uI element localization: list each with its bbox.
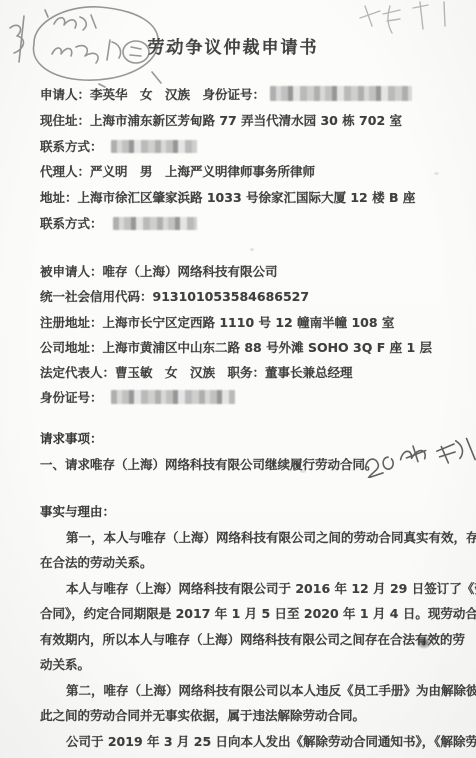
respondent-section: 被申请人：唯存（上海）网络科技有限公司 统一社会信用代码：91310105358… xyxy=(40,259,450,411)
applicant-contact-line: 联系方式： xyxy=(40,134,450,160)
ink-smudge xyxy=(416,636,432,649)
respondent-company-address-line: 公司地址：上海市黄浦区中山东二路 88 号外滩 SOHO 3Q F 座 1 层 xyxy=(40,335,450,360)
facts-line: 本人与唯存（上海）网络科技有限公司于 2016 年 12 月 29 日签订了《劳… xyxy=(40,576,450,602)
applicant-contact-label: 联系方式： xyxy=(40,139,103,154)
claims-item-1: 一、请求唯存（上海）网络科技有限公司继续履行劳动合同。 xyxy=(40,452,450,478)
redaction-mask-applicant-contact xyxy=(111,140,197,153)
document-title: 劳动争议仲裁申请书 xyxy=(0,33,466,58)
redaction-mask-applicant-id xyxy=(270,86,412,101)
facts-line: 在合法的劳动关系。 xyxy=(40,550,450,576)
respondent-id-label: 身份证号： xyxy=(40,390,103,405)
redaction-mask-agent-contact xyxy=(113,217,197,230)
respondent-name-line: 被申请人：唯存（上海）网络科技有限公司 xyxy=(40,259,450,284)
scan-speck xyxy=(250,248,254,251)
facts-line: 公司于 2019 年 3 月 25 日向本人发出《解除劳动合同通知书》，《解除劳… xyxy=(40,729,450,755)
respondent-registered-address-line: 注册地址：上海市长宁区定西路 1110 号 12 幢南半幢 108 室 xyxy=(40,310,450,335)
applicant-address-line: 现住址：上海市浦东新区芳甸路 77 弄当代清水园 30 栋 702 室 xyxy=(40,108,450,134)
redaction-mask-legal-rep-id xyxy=(111,390,235,404)
facts-line: 第二，唯存（上海）网络科技有限公司以本人违反《员工手册》为由解除彼 xyxy=(40,678,450,704)
respondent-id-line: 身份证号： xyxy=(40,385,450,410)
facts-section: 事实与理由： 第一，本人与唯存（上海）网络科技有限公司之间的劳动合同真实有效，存… xyxy=(40,499,450,754)
facts-line: 合同》，约定合同期限是 2017 年 1 月 5 日至 2020 年 1 月 4… xyxy=(40,601,450,627)
agent-line: 代理人：严义明 男 上海严义明律师事务所律师 xyxy=(40,159,450,185)
scan-speck xyxy=(300,470,306,473)
applicant-id-line: 申请人：李英华 女 汉族 身份证号： xyxy=(40,82,450,108)
facts-line: 有效期内，所以本人与唯存（上海）网络科技有限公司之间存在合法有效的劳 xyxy=(40,627,450,653)
facts-line: 动关系。 xyxy=(40,652,450,678)
agent-contact-line: 联系方式： xyxy=(40,211,450,237)
applicant-id-text: 申请人：李英华 女 汉族 身份证号： xyxy=(40,87,265,102)
claims-section: 请求事项： 一、请求唯存（上海）网络科技有限公司继续履行劳动合同。 xyxy=(40,426,450,478)
claims-heading: 请求事项： xyxy=(40,426,450,452)
facts-heading: 事实与理由： xyxy=(40,499,450,525)
agent-address-line: 地址：上海市徐汇区肇家浜路 1033 号徐家汇国际大厦 12 楼 B 座 xyxy=(40,185,450,211)
scanned-document-page: 劳动争议仲裁申请书 申请人：李英华 女 汉族 身份证号： 现住址：上海市浦东新区… xyxy=(0,0,476,758)
respondent-legal-rep-line: 法定代表人：曹玉敏 女 汉族 职务：董事长兼总经理 xyxy=(40,360,450,385)
facts-line: 第一，本人与唯存（上海）网络科技有限公司之间的劳动合同真实有效，存 xyxy=(40,525,450,551)
agent-contact-label: 联系方式： xyxy=(40,216,103,231)
respondent-credit-code-line: 统一社会信用代码：913101053584686527 xyxy=(40,284,450,309)
scan-speck xyxy=(434,172,439,175)
facts-line: 此之间的劳动合同并无事实依据，属于违法解除劳动合同。 xyxy=(40,703,450,729)
applicant-section: 申请人：李英华 女 汉族 身份证号： 现住址：上海市浦东新区芳甸路 77 弄当代… xyxy=(40,82,450,237)
